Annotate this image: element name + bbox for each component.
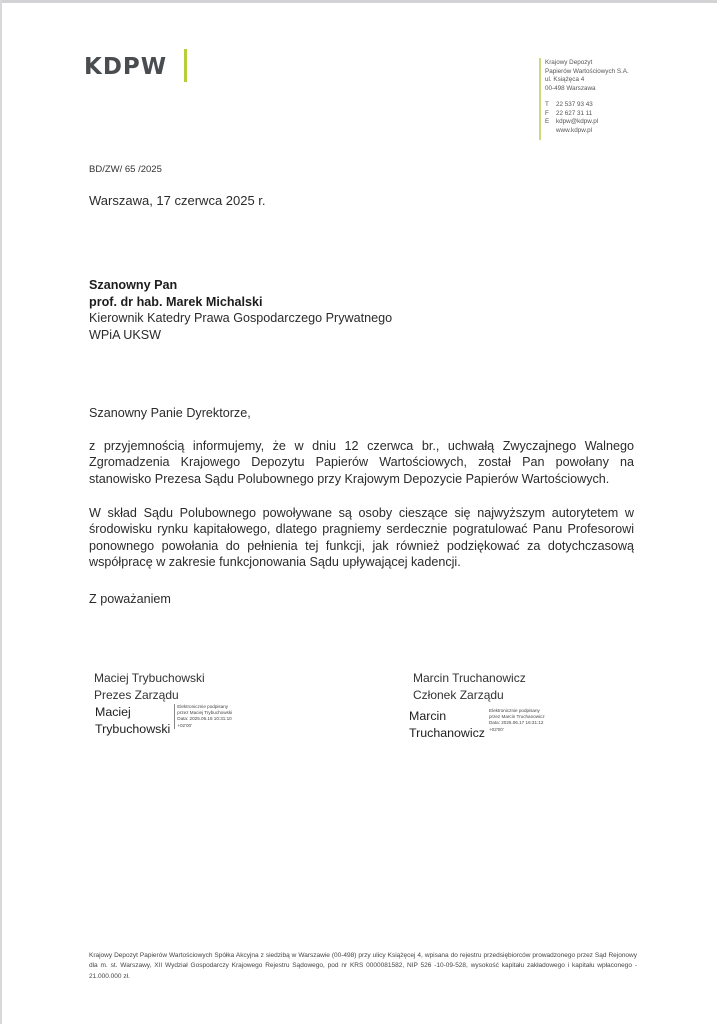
- signatory-title: Członek Zarządu: [413, 687, 526, 704]
- logo-text: KDPW: [84, 54, 167, 80]
- address-line: Krajowy Depozyt: [545, 59, 629, 68]
- address-line: ul. Książęca 4: [545, 76, 629, 85]
- body-paragraph-1: z przyjemnością informujemy, że w dniu 1…: [89, 438, 634, 487]
- kdpw-logo: KDPW: [84, 52, 167, 82]
- body-paragraph-2: W skład Sądu Polubownego powoływane są o…: [89, 505, 634, 571]
- signatory-title: Prezes Zarządu: [94, 687, 205, 704]
- recipient-position: Kierownik Katedry Prawa Gospodarczego Pr…: [89, 310, 392, 327]
- recipient-block: Szanowny Pan prof. dr hab. Marek Michals…: [89, 277, 392, 343]
- esig-info: Elektronicznie podpisany przez Marcin Tr…: [487, 708, 545, 733]
- recipient-institution: WPiA UKSW: [89, 327, 392, 344]
- esig-name: Maciej Trybuchowski: [95, 704, 170, 737]
- contact-fax: F22 627 31 11: [545, 110, 629, 119]
- recipient-name: prof. dr hab. Marek Michalski: [89, 294, 392, 311]
- address-line: Papierów Wartościowych S.A.: [545, 68, 629, 77]
- footer-legal-info: Krajowy Depozyt Papierów Wartościowych S…: [89, 951, 637, 982]
- sender-address: Krajowy Depozyt Papierów Wartościowych S…: [545, 59, 629, 135]
- esig-name: Marcin Truchanowicz: [409, 708, 485, 741]
- esig-info: Elektronicznie podpisany przez Maciej Tr…: [174, 704, 232, 729]
- page-edge-top: [0, 0, 717, 3]
- page-edge-left: [0, 0, 2, 1024]
- closing: Z poważaniem: [89, 592, 171, 606]
- signatory-2: Marcin Truchanowicz Członek Zarządu: [413, 670, 526, 703]
- logo-accent-bar: [184, 49, 187, 82]
- address-line: 00-498 Warszawa: [545, 85, 629, 94]
- salutation: Szanowny Panie Dyrektorze,: [89, 405, 634, 421]
- recipient-greeting: Szanowny Pan: [89, 277, 392, 294]
- electronic-signature-2: Marcin Truchanowicz Elektronicznie podpi…: [409, 708, 545, 741]
- contact-phone: T22 537 93 43: [545, 101, 629, 110]
- electronic-signature-1: Maciej Trybuchowski Elektronicznie podpi…: [95, 704, 232, 737]
- date-line: Warszawa, 17 czerwca 2025 r.: [89, 193, 266, 208]
- signatory-name: Marcin Truchanowicz: [413, 670, 526, 687]
- reference-number: BD/ZW/ 65 /2025: [89, 164, 162, 175]
- contact-email: Ekdpw@kdpw.pl: [545, 118, 629, 127]
- address-accent-bar: [539, 58, 541, 140]
- signatory-1: Maciej Trybuchowski Prezes Zarządu: [94, 670, 205, 703]
- contact-website: www.kdpw.pl: [545, 127, 629, 136]
- signatory-name: Maciej Trybuchowski: [94, 670, 205, 687]
